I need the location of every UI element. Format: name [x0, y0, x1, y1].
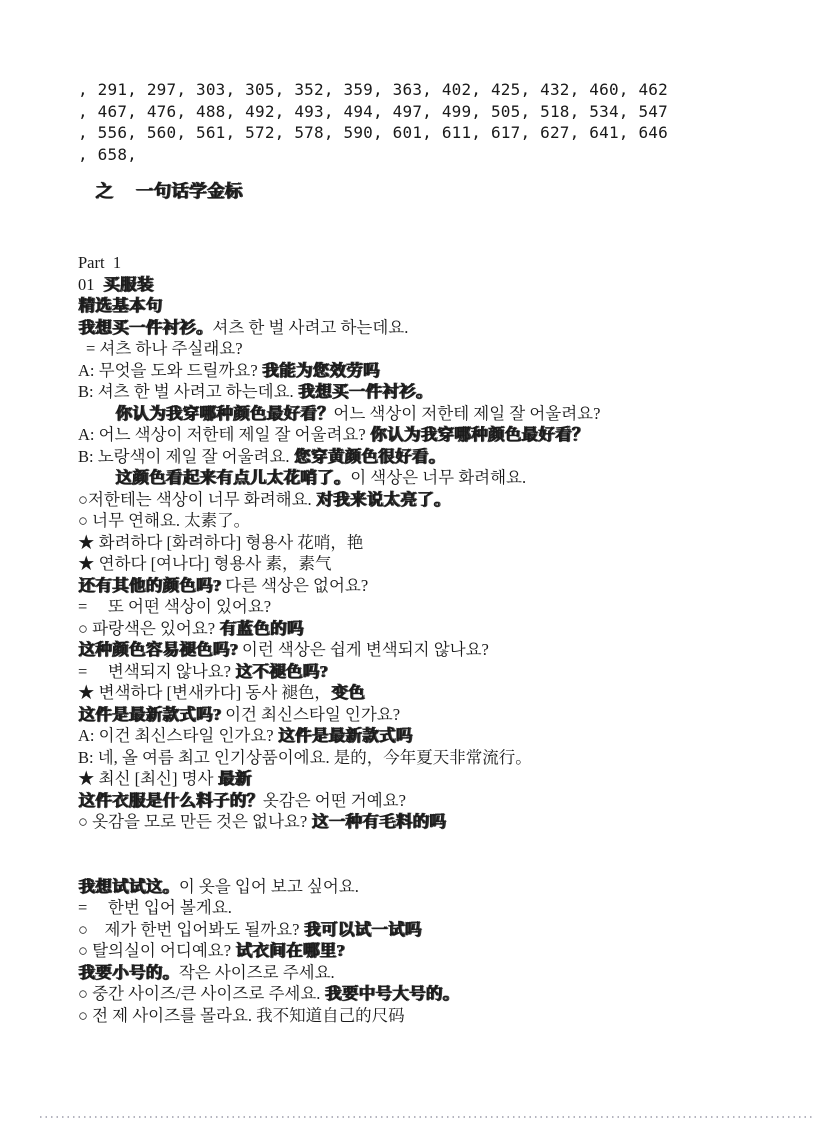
text-segment: B: 노랑색이 제일 잘 어울려요.: [78, 447, 294, 466]
text-segment: A: 어느 색상이 저한테 제일 잘 어울려요?: [78, 425, 370, 444]
document-line: 你认为我穿哪种颜色最好看？어느 색상이 저한테 제일 잘 어울려요?: [78, 403, 600, 425]
overprinted-text-segment: 一句话学金标: [135, 181, 242, 201]
text-segment: = 한번 입어 볼게요.: [78, 898, 232, 917]
overprinted-text-segment: 这不褪色吗?: [235, 662, 328, 681]
overprinted-text-segment: 还有其他的颜色吗?: [78, 576, 221, 595]
text-segment: 셔츠 한 벌 사려고 하는데요.: [212, 318, 408, 337]
text-segment: 01: [78, 275, 103, 294]
document-line: ★ 변색하다 [변새카다] 동사 褪色，变色: [78, 682, 600, 704]
document-page: , 291, 297, 303, 305, 352, 359, 363, 402…: [0, 0, 816, 1123]
text-segment: , 658,: [78, 145, 137, 164]
overprinted-text-segment: 这颜色看起来有点儿太花哨了。: [115, 468, 350, 487]
document-line: ★ 연하다 [여나다] 형용사 素，素气: [78, 553, 600, 575]
overprinted-text-segment: 我要小号的。: [78, 963, 179, 982]
text-segment: 이 옷을 입어 보고 싶어요.: [179, 877, 359, 896]
text-segment: 다른 색상은 없어요?: [221, 576, 368, 595]
text-segment: = 변색되지 않나요?: [78, 662, 235, 681]
text-segment: 이 색상은 너무 화려해요.: [350, 468, 526, 487]
document-line: 之 一句话学金标: [95, 181, 242, 203]
text-segment: , 467, 476, 488, 492, 493, 494, 497, 499…: [78, 102, 668, 121]
document-line: 还有其他的颜色吗? 다른 색상은 없어요?: [78, 575, 600, 597]
text-segment: ★ 연하다 [여나다] 형용사 素，素气: [78, 554, 331, 573]
document-line: = 셔츠 하나 주실래요?: [78, 338, 600, 360]
text-segment: ○ 탈의실이 어디예요?: [78, 941, 235, 960]
document-line: , 291, 297, 303, 305, 352, 359, 363, 402…: [78, 79, 668, 101]
text-segment: B: 셔츠 한 벌 사려고 하는데요.: [78, 382, 298, 401]
document-line: ○ 너무 연해요. 太素了。: [78, 510, 600, 532]
overprinted-text-segment: 精选基本句: [78, 296, 162, 315]
overprinted-text-segment: 这件衣服是什么料子的？: [78, 791, 263, 810]
text-segment: ○ 옷감을 모로 만든 것은 없나요?: [78, 812, 311, 831]
document-line: A: 이건 최신스타일 인가요? 这件是最新款式吗: [78, 725, 600, 747]
text-segment: ★ 최신 [최신] 명사: [78, 769, 218, 788]
text-segment: ○ 너무 연해요. 太素了。: [78, 511, 250, 530]
overprinted-text-segment: 我想试试这。: [78, 877, 179, 896]
document-line: ○ 옷감을 모로 만든 것은 없나요? 这一种有毛料的吗: [78, 811, 600, 833]
document-line: 这颜色看起来有点儿太花哨了。이 색상은 너무 화려해요.: [78, 467, 600, 489]
overprinted-text-segment: 这一种有毛料的吗: [311, 812, 445, 831]
overprinted-text-segment: 您穿黄颜色很好看。: [294, 447, 445, 466]
document-line: 这件衣服是什么料子的？옷감은 어떤 거예요?: [78, 790, 600, 812]
overprinted-text-segment: 你认为我穿哪种颜色最好看？: [115, 404, 333, 423]
text-segment: ○ 전 제 사이즈를 몰라요. 我不知道自己的尺码: [78, 1006, 405, 1025]
text-segment: = 또 어떤 색상이 있어요?: [78, 597, 271, 616]
document-line: ★ 최신 [최신] 명사 最新: [78, 768, 600, 790]
document-line: , 467, 476, 488, 492, 493, 494, 497, 499…: [78, 101, 668, 123]
document-line: ○ 탈의실이 어디예요? 试衣间在哪里?: [78, 940, 600, 962]
lesson-body-block: Part 101 买服装精选基本句我想买一件衬衫。셔츠 한 벌 사려고 하는데요…: [78, 252, 600, 1026]
text-segment: 작은 사이즈로 주세요.: [179, 963, 335, 982]
document-line: ★ 화려하다 [화려하다] 형용사 花哨，艳: [78, 532, 600, 554]
overprinted-text-segment: 有蓝色的吗: [219, 619, 303, 638]
text-segment: ○저한테는 색상이 너무 화려해요.: [78, 490, 316, 509]
text-segment: B: 네, 올 여름 최고 인기상품이에요. 是的，今年夏天非常流行。: [78, 748, 532, 767]
book-title-line: 之 一句话学金标: [95, 181, 242, 203]
text-segment: = 셔츠 하나 주실래요?: [86, 339, 243, 358]
text-segment: 옷감은 어떤 거예요?: [263, 791, 406, 810]
document-line: 01 买服装: [78, 274, 600, 296]
overprinted-text-segment: 这件是最新款式吗: [278, 726, 412, 745]
text-segment: 어느 색상이 저한테 제일 잘 어울려요?: [333, 404, 600, 423]
document-line: ○ 전 제 사이즈를 몰라요. 我不知道自己的尺码: [78, 1005, 600, 1027]
text-segment: , 556, 560, 561, 572, 578, 590, 601, 611…: [78, 123, 668, 142]
document-line: Part 1: [78, 252, 600, 274]
document-line: A: 무엇을 도와 드릴까요? 我能为您效劳吗: [78, 360, 600, 382]
document-line: 这件是最新款式吗? 이건 최신스타일 인가요?: [78, 704, 600, 726]
document-line: , 556, 560, 561, 572, 578, 590, 601, 611…: [78, 122, 668, 144]
document-line: 我要小号的。작은 사이즈로 주세요.: [78, 962, 600, 984]
text-segment: A: 무엇을 도와 드릴까요?: [78, 361, 262, 380]
overprinted-text-segment: 买服装: [103, 275, 153, 294]
overprinted-text-segment: 变色: [331, 683, 365, 702]
document-line: B: 노랑색이 제일 잘 어울려요. 您穿黄颜色很好看。: [78, 446, 600, 468]
page-bottom-dotted-divider: [40, 1116, 812, 1118]
overprinted-text-segment: 我要中号大号的。: [325, 984, 459, 1003]
overprinted-text-segment: 我可以试一试吗: [304, 920, 422, 939]
document-line: ○ 제가 한번 입어봐도 될까요? 我可以试一试吗: [78, 919, 600, 941]
overprinted-text-segment: 之: [95, 181, 135, 201]
document-line: = 변색되지 않나요? 这不褪色吗?: [78, 661, 600, 683]
document-line: 我想买一件衬衫。셔츠 한 벌 사려고 하는데요.: [78, 317, 600, 339]
text-segment: Part 1: [78, 253, 121, 272]
text-segment: ○ 파랑색은 있어요?: [78, 619, 219, 638]
document-line: , 658,: [78, 144, 668, 166]
text-segment: ★ 화려하다 [화려하다] 형용사 花哨，艳: [78, 533, 363, 552]
document-line: 我想试试这。이 옷을 입어 보고 싶어요.: [78, 876, 600, 898]
document-line: [78, 833, 600, 855]
overprinted-text-segment: 这种颜色容易褪色吗?: [78, 640, 238, 659]
document-line: [78, 854, 600, 876]
document-line: = 한번 입어 볼게요.: [78, 897, 600, 919]
text-segment: ★ 변색하다 [변새카다] 동사 褪色，: [78, 683, 331, 702]
overprinted-text-segment: 你认为我穿哪种颜色最好看？: [370, 425, 588, 444]
text-segment: ○ 제가 한번 입어봐도 될까요?: [78, 920, 304, 939]
document-line: 精选基本句: [78, 295, 600, 317]
document-line: B: 네, 올 여름 최고 인기상품이에요. 是的，今年夏天非常流行。: [78, 747, 600, 769]
document-line: B: 셔츠 한 벌 사려고 하는데요. 我想买一件衬衫。: [78, 381, 600, 403]
text-segment: , 291, 297, 303, 305, 352, 359, 363, 402…: [78, 80, 668, 99]
overprinted-text-segment: 试衣间在哪里?: [235, 941, 344, 960]
document-line: ○ 중간 사이즈/큰 사이즈로 주세요. 我要中号大号的。: [78, 983, 600, 1005]
text-segment: ○ 중간 사이즈/큰 사이즈로 주세요.: [78, 984, 325, 1003]
text-segment: 이런 색상은 쉽게 변색되지 않나요?: [238, 640, 489, 659]
overprinted-text-segment: 我能为您效劳吗: [262, 361, 380, 380]
document-line: A: 어느 색상이 저한테 제일 잘 어울려요? 你认为我穿哪种颜色最好看？: [78, 424, 600, 446]
document-line: ○ 파랑색은 있어요? 有蓝色的吗: [78, 618, 600, 640]
text-segment: 이건 최신스타일 인가요?: [221, 705, 400, 724]
document-line: = 또 어떤 색상이 있어요?: [78, 596, 600, 618]
overprinted-text-segment: 最新: [218, 769, 252, 788]
page-number-index-block: , 291, 297, 303, 305, 352, 359, 363, 402…: [78, 79, 668, 165]
overprinted-text-segment: 这件是最新款式吗?: [78, 705, 221, 724]
document-line: 这种颜色容易褪色吗? 이런 색상은 쉽게 변색되지 않나요?: [78, 639, 600, 661]
overprinted-text-segment: 我想买一件衬衫。: [298, 382, 432, 401]
document-line: ○저한테는 색상이 너무 화려해요. 对我来说太亮了。: [78, 489, 600, 511]
text-segment: A: 이건 최신스타일 인가요?: [78, 726, 278, 745]
overprinted-text-segment: 对我来说太亮了。: [316, 490, 450, 509]
overprinted-text-segment: 我想买一件衬衫。: [78, 318, 212, 337]
